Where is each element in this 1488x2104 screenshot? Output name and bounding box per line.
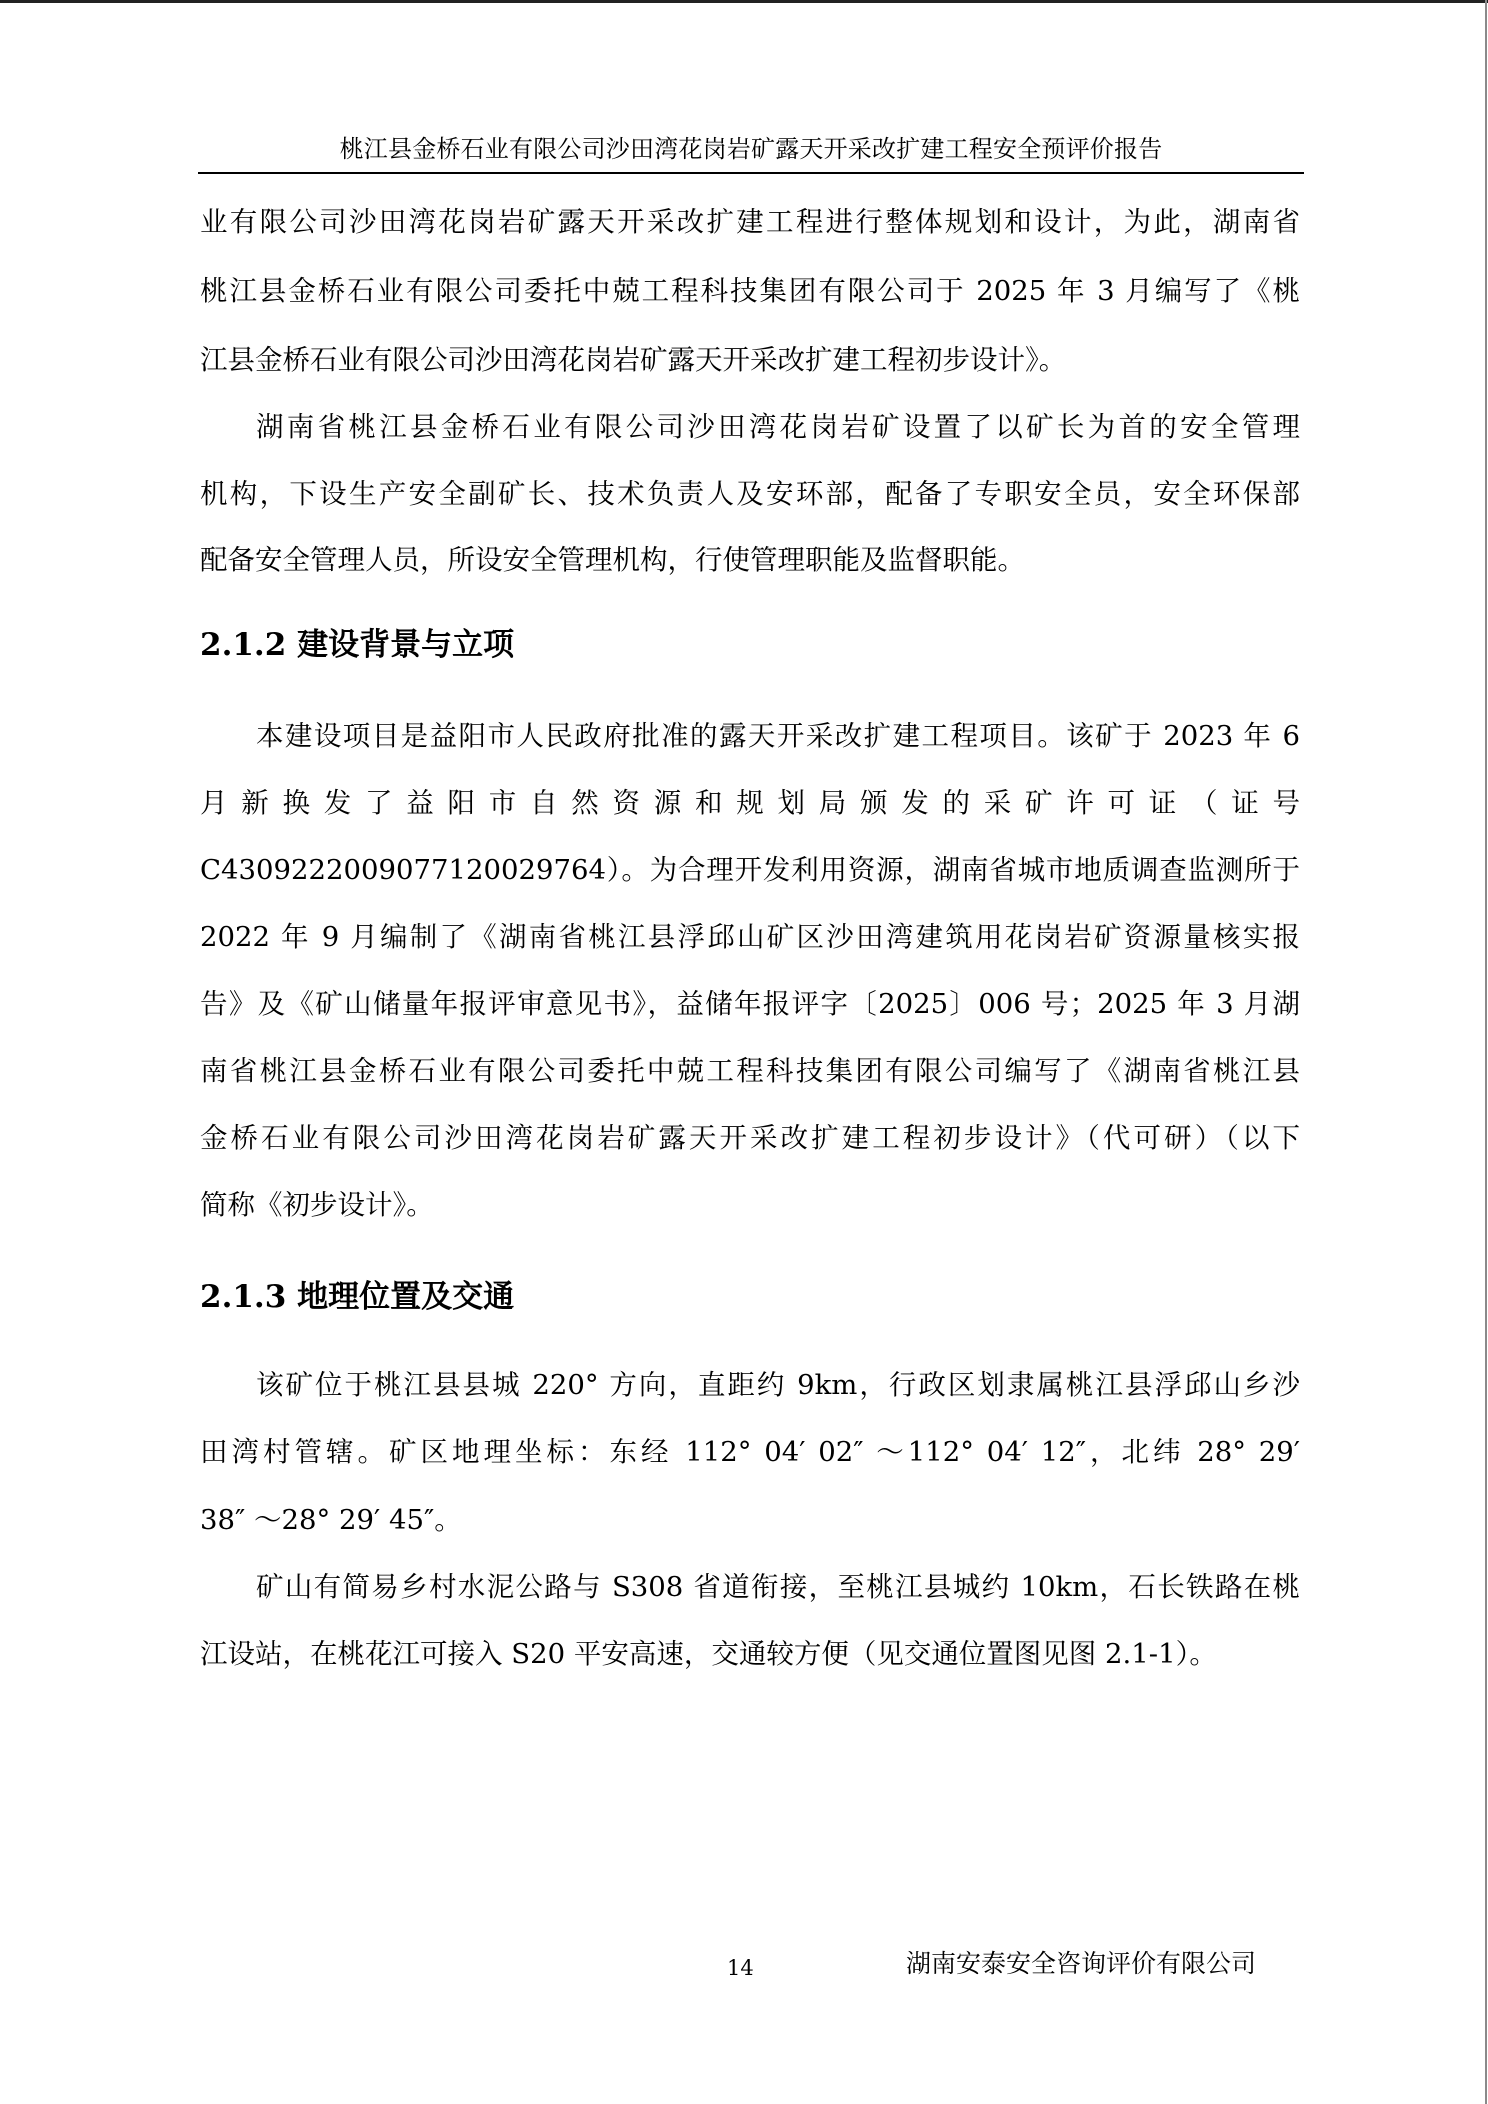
section-heading-2-1-3: 2.1.3 地理位置及交通: [200, 1277, 514, 1317]
text-line: 江县金桥石业有限公司沙田湾花岗岩矿露天开采改扩建工程初步设计》。: [200, 340, 1300, 380]
text-line: 业有限公司沙田湾花岗岩矿露天开采改扩建工程进行整体规划和设计，为此，湖南省: [200, 202, 1300, 242]
text-line: 金桥石业有限公司沙田湾花岗岩矿露天开采改扩建工程初步设计》（代可研）（以下: [200, 1118, 1300, 1158]
text-line: 月新换发了益阳市自然资源和规划局颁发的采矿许可证（证号: [200, 783, 1300, 823]
text-line: 告》及《矿山储量年报评审意见书》，益储年报评字〔2025〕006 号；2025 …: [200, 984, 1300, 1024]
text-line: 矿山有简易乡村水泥公路与 S308 省道衔接，至桃江县城约 10km，石长铁路在…: [200, 1567, 1300, 1607]
section-heading-2-1-2: 2.1.2 建设背景与立项: [200, 625, 514, 665]
text-line: 南省桃江县金桥石业有限公司委托中兢工程科技集团有限公司编写了《湖南省桃江县: [200, 1051, 1300, 1091]
text-line: C4309222009077120029764）。为合理开发利用资源，湖南省城市…: [200, 850, 1300, 890]
text-line: 湖南省桃江县金桥石业有限公司沙田湾花岗岩矿设置了以矿长为首的安全管理: [200, 407, 1300, 447]
running-header-title: 桃江县金桥石业有限公司沙田湾花岗岩矿露天开采改扩建工程安全预评价报告: [198, 134, 1304, 164]
page-number: 14: [727, 1953, 754, 1983]
text-line: 桃江县金桥石业有限公司委托中兢工程科技集团有限公司于 2025 年 3 月编写了…: [200, 271, 1300, 311]
text-line: 田湾村管辖。矿区地理坐标：东经 112° 04′ 02″ ～112° 04′ 1…: [200, 1432, 1300, 1472]
footer-company-name: 湖南安泰安全咨询评价有限公司: [906, 1948, 1256, 1980]
text-line: 2022 年 9 月编制了《湖南省桃江县浮邱山矿区沙田湾建筑用花岗岩矿资源量核实…: [200, 917, 1300, 957]
text-line: 该矿位于桃江县县城 220° 方向，直距约 9km，行政区划隶属桃江县浮邱山乡沙: [200, 1365, 1300, 1405]
text-line: 江设站，在桃花江可接入 S20 平安高速，交通较方便（见交通位置图见图 2.1-…: [200, 1634, 1300, 1674]
text-line: 38″ ～28° 29′ 45″。: [200, 1500, 1300, 1540]
text-line: 机构，下设生产安全副矿长、技术负责人及安环部，配备了专职安全员，安全环保部: [200, 474, 1300, 514]
text-line: 配备安全管理人员，所设安全管理机构，行使管理职能及监督职能。: [200, 540, 1300, 580]
header-rule: [198, 172, 1304, 174]
text-line: 简称《初步设计》。: [200, 1185, 1300, 1225]
text-line: 本建设项目是益阳市人民政府批准的露天开采改扩建工程项目。该矿于 2023 年 6: [200, 716, 1300, 756]
page-right-border: [1485, 0, 1487, 2104]
page-top-border: [0, 0, 1488, 3]
